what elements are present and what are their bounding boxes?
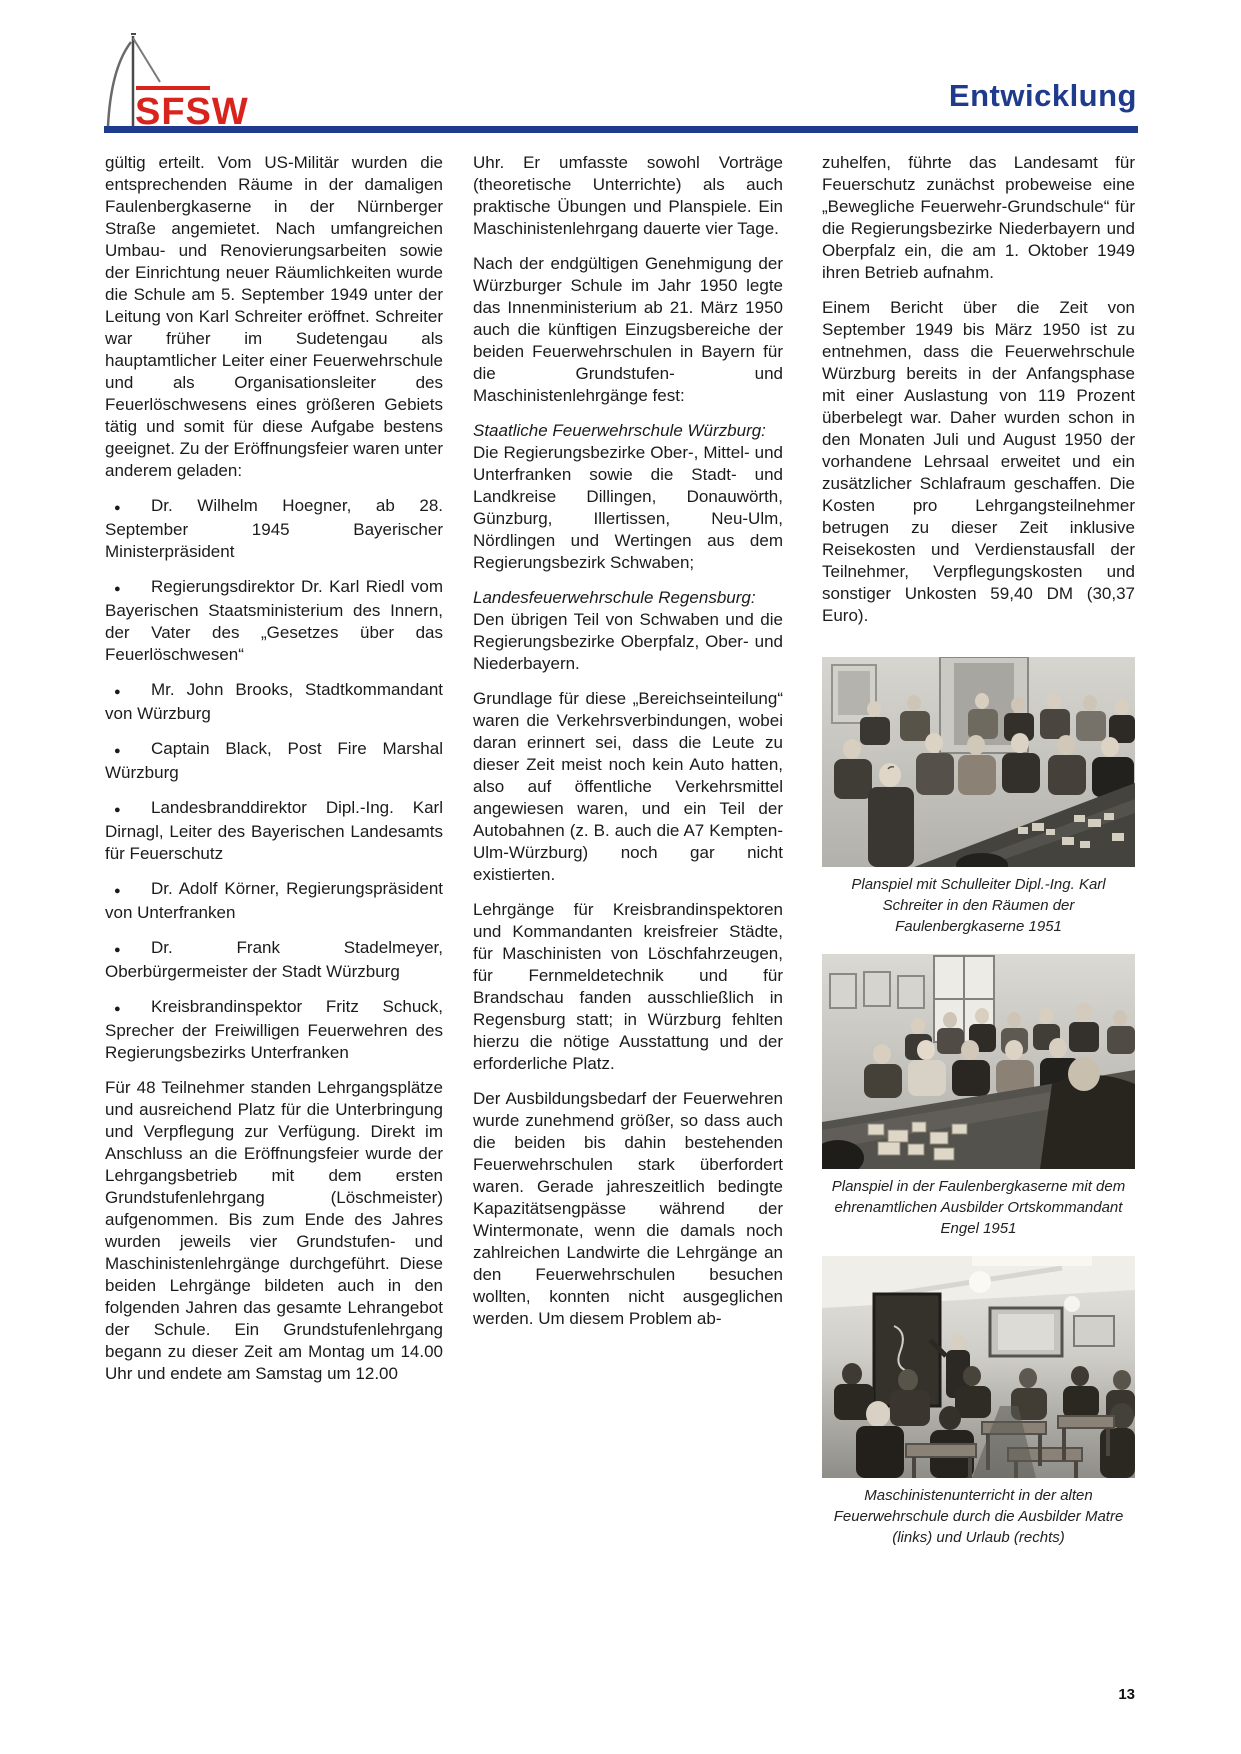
sfsw-logo: SFSW bbox=[98, 30, 248, 130]
bullet-dot-icon: ● bbox=[105, 740, 151, 762]
bullet-text: Dr. Adolf Körner, Regierungspräsident vo… bbox=[105, 879, 443, 922]
photo-caption: Planspiel mit Schulleiter Dipl.-Ing. Kar… bbox=[824, 874, 1133, 937]
bullet-item: ●Dr. Adolf Körner, Regierungspräsident v… bbox=[105, 878, 443, 924]
bullet-text: Kreisbrandinspektor Fritz Schuck, Sprech… bbox=[105, 997, 443, 1062]
photo-maschinistenunterricht bbox=[822, 1256, 1135, 1478]
page-number: 13 bbox=[1118, 1686, 1135, 1703]
bullet-item: ●Dr. Frank Stadelmeyer, Oberbürgermeiste… bbox=[105, 937, 443, 983]
bullet-item: ●Mr. John Brooks, Stadtkommandant von Wü… bbox=[105, 679, 443, 725]
bullet-text: Mr. John Brooks, Stadtkommandant von Wür… bbox=[105, 680, 443, 723]
paragraph: Einem Bericht über die Zeit von Septembe… bbox=[822, 297, 1135, 627]
paragraph: Uhr. Er umfasste sowohl Vorträge (theore… bbox=[473, 152, 783, 240]
paragraph: gültig erteilt. Vom US-Militär wurden di… bbox=[105, 152, 443, 482]
document-page: SFSW Entwicklung gültig erteilt. Vom US-… bbox=[0, 0, 1241, 1754]
header-rule bbox=[104, 126, 1138, 133]
bullet-item: ●Kreisbrandinspektor Fritz Schuck, Sprec… bbox=[105, 996, 443, 1064]
bullet-dot-icon: ● bbox=[105, 939, 151, 961]
bullet-dot-icon: ● bbox=[105, 497, 151, 519]
page-title: Entwicklung bbox=[949, 78, 1137, 114]
paragraph: Grundlage für diese „Bereichseinteilung“… bbox=[473, 688, 783, 886]
bullet-item: ●Landesbranddirektor Dipl.-Ing. Karl Dir… bbox=[105, 797, 443, 865]
logo-text: SFSW bbox=[135, 91, 248, 130]
column-2: Uhr. Er umfasste sowohl Vorträge (theore… bbox=[473, 152, 783, 1343]
paragraph: Nach der endgültigen Genehmigung der Wür… bbox=[473, 253, 783, 407]
subheading-regensburg: Landesfeuerwehrschule Regensburg: bbox=[473, 587, 783, 609]
photo-block: Planspiel mit Schulleiter Dipl.-Ing. Kar… bbox=[822, 657, 1135, 937]
column-3: zuhelfen, führte das Landesamt für Feuer… bbox=[822, 152, 1135, 1565]
subheading-wuerzburg: Staatliche Feuerwehrschule Würzburg: bbox=[473, 420, 783, 442]
bullet-item: ●Dr. Wilhelm Hoegner, ab 28. September 1… bbox=[105, 495, 443, 563]
photo-caption: Planspiel in der Faulenbergkaserne mit d… bbox=[824, 1176, 1133, 1239]
bullet-text: Dr. Wilhelm Hoegner, ab 28. September 19… bbox=[105, 496, 443, 561]
photo-planspiel-engel bbox=[822, 954, 1135, 1169]
paragraph: Die Regierungsbezirke Ober-, Mittel- und… bbox=[473, 442, 783, 574]
paragraph: Lehrgänge für Kreisbrandinspektoren und … bbox=[473, 899, 783, 1075]
bullet-item: ●Captain Black, Post Fire Marshal Würzbu… bbox=[105, 738, 443, 784]
column-1: gültig erteilt. Vom US-Militär wurden di… bbox=[105, 152, 443, 1398]
photo-block: Maschinistenunterricht in der alten Feue… bbox=[822, 1256, 1135, 1548]
bullet-item: ●Regierungsdirektor Dr. Karl Riedl vom B… bbox=[105, 576, 443, 666]
bullet-text: Dr. Frank Stadelmeyer, Oberbürgermeister… bbox=[105, 938, 443, 981]
bullet-dot-icon: ● bbox=[105, 998, 151, 1020]
bullet-dot-icon: ● bbox=[105, 799, 151, 821]
bullet-dot-icon: ● bbox=[105, 681, 151, 703]
photo-caption: Maschinistenunterricht in der alten Feue… bbox=[824, 1485, 1133, 1548]
bullet-text: Captain Black, Post Fire Marshal Würzbur… bbox=[105, 739, 443, 782]
paragraph: Den übrigen Teil von Schwaben und die Re… bbox=[473, 609, 783, 675]
photo-planspiel-schreiter bbox=[822, 657, 1135, 867]
bullet-text: Regierungsdirektor Dr. Karl Riedl vom Ba… bbox=[105, 577, 443, 664]
bullet-dot-icon: ● bbox=[105, 578, 151, 600]
bullet-dot-icon: ● bbox=[105, 880, 151, 902]
photo-block: Planspiel in der Faulenbergkaserne mit d… bbox=[822, 954, 1135, 1239]
bullet-text: Landesbranddirektor Dipl.-Ing. Karl Dirn… bbox=[105, 798, 443, 863]
paragraph: zuhelfen, führte das Landesamt für Feuer… bbox=[822, 152, 1135, 284]
paragraph: Der Ausbildungsbedarf der Feuerwehren wu… bbox=[473, 1088, 783, 1330]
paragraph: Für 48 Teilnehmer standen Lehrgangsplätz… bbox=[105, 1077, 443, 1385]
